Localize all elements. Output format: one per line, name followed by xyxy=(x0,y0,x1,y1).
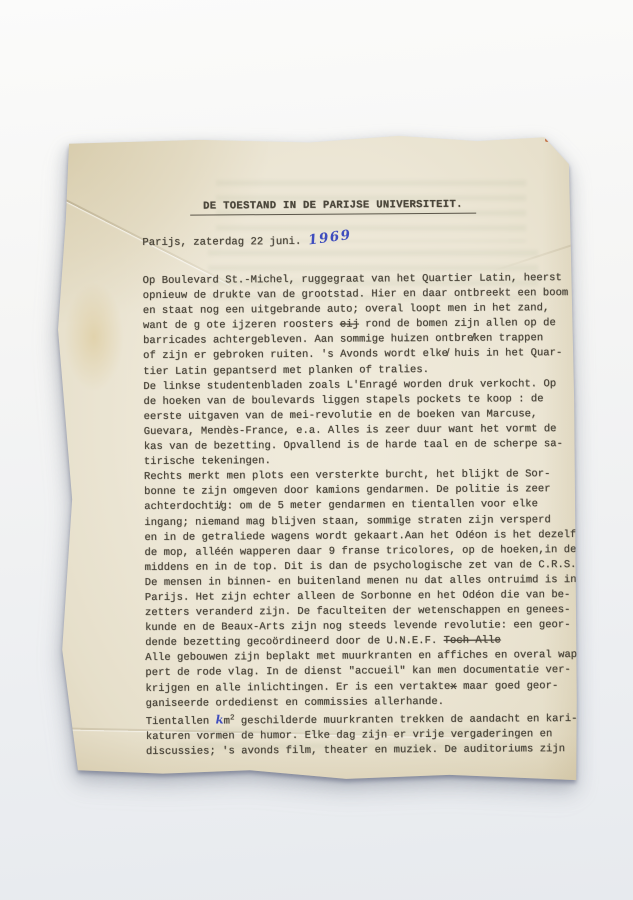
title-row: DE TOESTAND IN DE PARIJSE UNIVERSITEIT. xyxy=(190,193,594,216)
paper-sheet: DE TOESTAND IN DE PARIJSE UNIVERSITEIT. … xyxy=(58,132,582,788)
paper-stain xyxy=(64,282,124,392)
paper-speck xyxy=(545,138,549,142)
document-title: DE TOESTAND IN DE PARIJSE UNIVERSITEIT. xyxy=(190,199,476,216)
document-paper: DE TOESTAND IN DE PARIJSE UNIVERSITEIT. … xyxy=(58,132,582,788)
handwritten-year: 1969 xyxy=(307,227,352,248)
document-dateline: Parijs, zaterdag 22 juni. xyxy=(142,236,301,249)
dateline-row: Parijs, zaterdag 22 juni.1969 xyxy=(142,230,594,249)
document-body: Op Boulevard St.-Michel, ruggegraat van … xyxy=(143,271,598,760)
photo-background: DE TOESTAND IN DE PARIJSE UNIVERSITEIT. … xyxy=(0,0,633,900)
text-line: krijgen en alle inlichtingen. Er is een … xyxy=(145,678,597,696)
text-line: discussies; 's avonds film, theater en m… xyxy=(146,742,598,760)
text-line: of zijn er gebroken ruiten. 's Avonds wo… xyxy=(143,346,595,364)
typed-content: DE TOESTAND IN DE PARIJSE UNIVERSITEIT. … xyxy=(142,185,598,760)
